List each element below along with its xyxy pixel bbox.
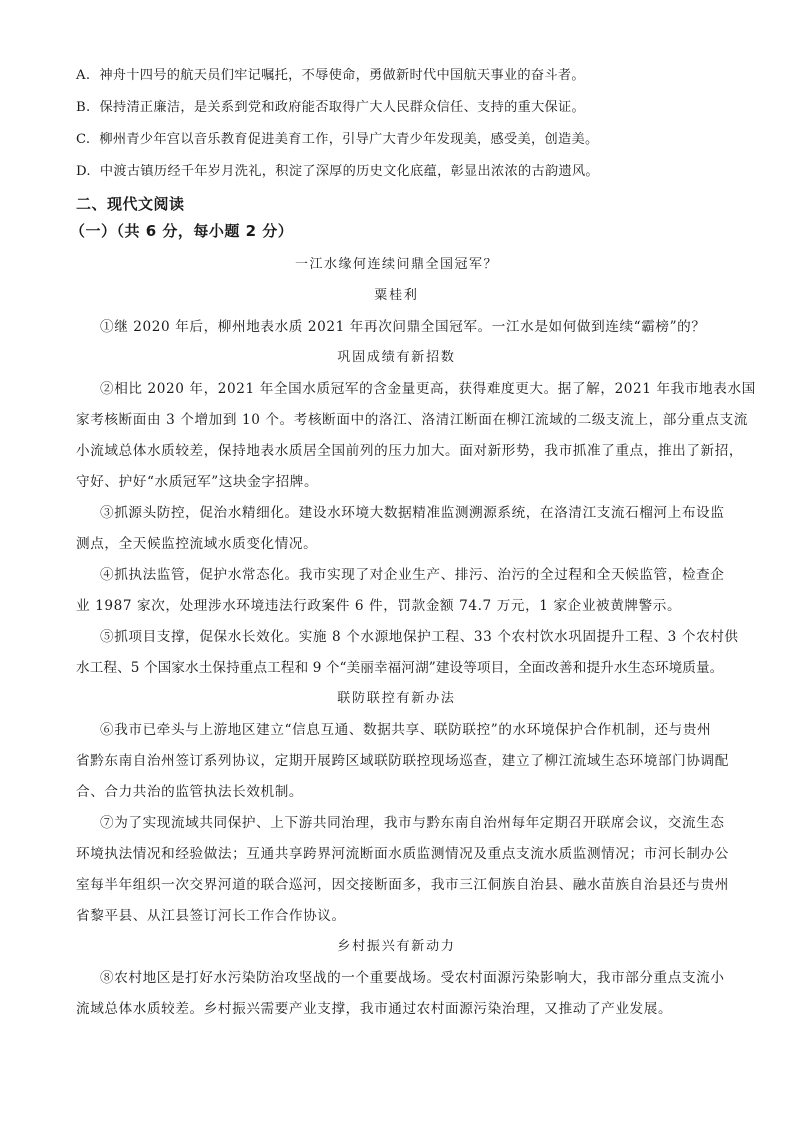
paragraph-4-line: 业 1987 家次，处理涉水环境违法行政案件 6 件，罚款金额 74.7 万元，…	[76, 597, 681, 615]
paragraph-2-line: 小流域总体水质较差，保持地表水质居全国前列的压力加大。面对新形势，我市抓准了重点…	[76, 442, 743, 460]
document-page: A. 神舟十四号的航天员们牢记嘱托，不辱使命，勇做新时代中国航天事业的奋斗者。 …	[0, 0, 793, 1122]
paragraph-2-line: 守好、护好“水质冠军”这块金字招牌。	[76, 473, 318, 491]
paragraph-7-line: 室每半年组织一次交界河道的联合巡河，因交接断面多，我市三江侗族自治县、融水苗族自…	[76, 876, 729, 894]
option-c: C. 柳州青少年宫以音乐教育促进美育工作，引导广大青少年发现美，感受美，创造美。	[76, 131, 598, 149]
paragraph-3-line: 测点，全天候监控流域水质变化情况。	[76, 535, 317, 553]
paragraph-8-line: 流域总体水质较差。乡村振兴需要产业支撑，我市通过农村面源污染治理，又推动了产业发…	[76, 1000, 672, 1018]
paragraph-5-line: 水工程、5 个国家水土保持重点工程和 9 个“美丽幸福河湖”建设等项目，全面改善…	[76, 659, 723, 677]
option-text: 保持清正廉洁，是关系到党和政府能否取得广大人民群众信任、支持的重大保证。	[99, 100, 585, 115]
option-label: C.	[76, 132, 90, 147]
option-text: 中渡古镇历经千年岁月洗礼，积淀了深厚的历史文化底蕴，彰显出浓浓的古韵遗风。	[100, 164, 599, 179]
option-label: D.	[76, 164, 91, 179]
paragraph-7-line: 省黎平县、从江县签订河长工作合作协议。	[76, 907, 346, 925]
paragraph-3-line: ③抓源头防控，促治水精细化。建设水环境大数据精准监测溯源系统，在洛清江支流石榴河…	[100, 504, 725, 522]
paragraph-6-line: ⑥我市已牵头与上游地区建立“信息互通、数据共享、联防联控”的水环境保护合作机制，…	[100, 721, 711, 739]
paragraph-5-line: ⑤抓项目支撑，促保水长效化。实施 8 个水源地保护工程、33 个农村饮水巩固提升…	[100, 628, 739, 646]
paragraph-7-line: 环境执法情况和经验做法；互通共享跨界河流断面水质监测情况及重点支流水质监测情况；…	[76, 845, 729, 863]
section-subtitle-2: 联防联控有新办法	[0, 690, 793, 708]
article-author: 粟桂利	[0, 287, 793, 305]
paragraph-6-line: 省黔东南自治州签订系列协议，定期开展跨区域联防联控现场巡查，建立了柳江流域生态环…	[76, 752, 729, 770]
paragraph-2-line: ②相比 2020 年，2021 年全国水质冠军的含金量更高，获得难度更大。据了解…	[100, 380, 756, 398]
option-d: D. 中渡古镇历经千年岁月洗礼，积淀了深厚的历史文化底蕴，彰显出浓浓的古韵遗风。	[76, 163, 599, 181]
option-text: 柳州青少年宫以音乐教育促进美育工作，引导广大青少年发现美，感受美，创造美。	[99, 132, 598, 147]
section-subheading: （一）（共 6 分，每小题 2 分）	[70, 222, 293, 240]
option-a: A. 神舟十四号的航天员们牢记嘱托，不辱使命，勇做新时代中国航天事业的奋斗者。	[76, 67, 585, 85]
paragraph-4-line: ④抓执法监管，促护水常态化。我市实现了对企业生产、排污、治污的全过程和全天候监管…	[100, 566, 725, 584]
option-b: B. 保持清正廉洁，是关系到党和政府能否取得广大人民群众信任、支持的重大保证。	[76, 99, 585, 117]
option-text: 神舟十四号的航天员们牢记嘱托，不辱使命，勇做新时代中国航天事业的奋斗者。	[99, 68, 585, 83]
section-heading: 二、现代文阅读	[76, 195, 185, 213]
section-subtitle-1: 巩固成绩有新招数	[0, 349, 793, 367]
section-subtitle-3: 乡村振兴有新动力	[0, 938, 793, 956]
paragraph-6-line: 合、合力共治的监管执法长效机制。	[76, 783, 303, 801]
paragraph-8-line: ⑧农村地区是打好水污染防治攻坚战的一个重要战场。受农村面源污染影响大，我市部分重…	[100, 969, 725, 987]
option-label: A.	[76, 68, 90, 83]
option-label: B.	[76, 100, 90, 115]
paragraph-7-line: ⑦为了实现流域共同保护、上下游共同治理，我市与黔东南自治州每年定期召开联席会议，…	[100, 814, 725, 832]
paragraph-2-line: 家考核断面由 3 个增加到 10 个。考核断面中的洛江、洛清江断面在柳江流域的二…	[76, 411, 748, 429]
article-title: 一江水缘何连续问鼎全国冠军？	[0, 256, 793, 274]
paragraph-1-line: ①继 2020 年后，柳州地表水质 2021 年再次问鼎全国冠军。一江水是如何做…	[100, 318, 706, 336]
